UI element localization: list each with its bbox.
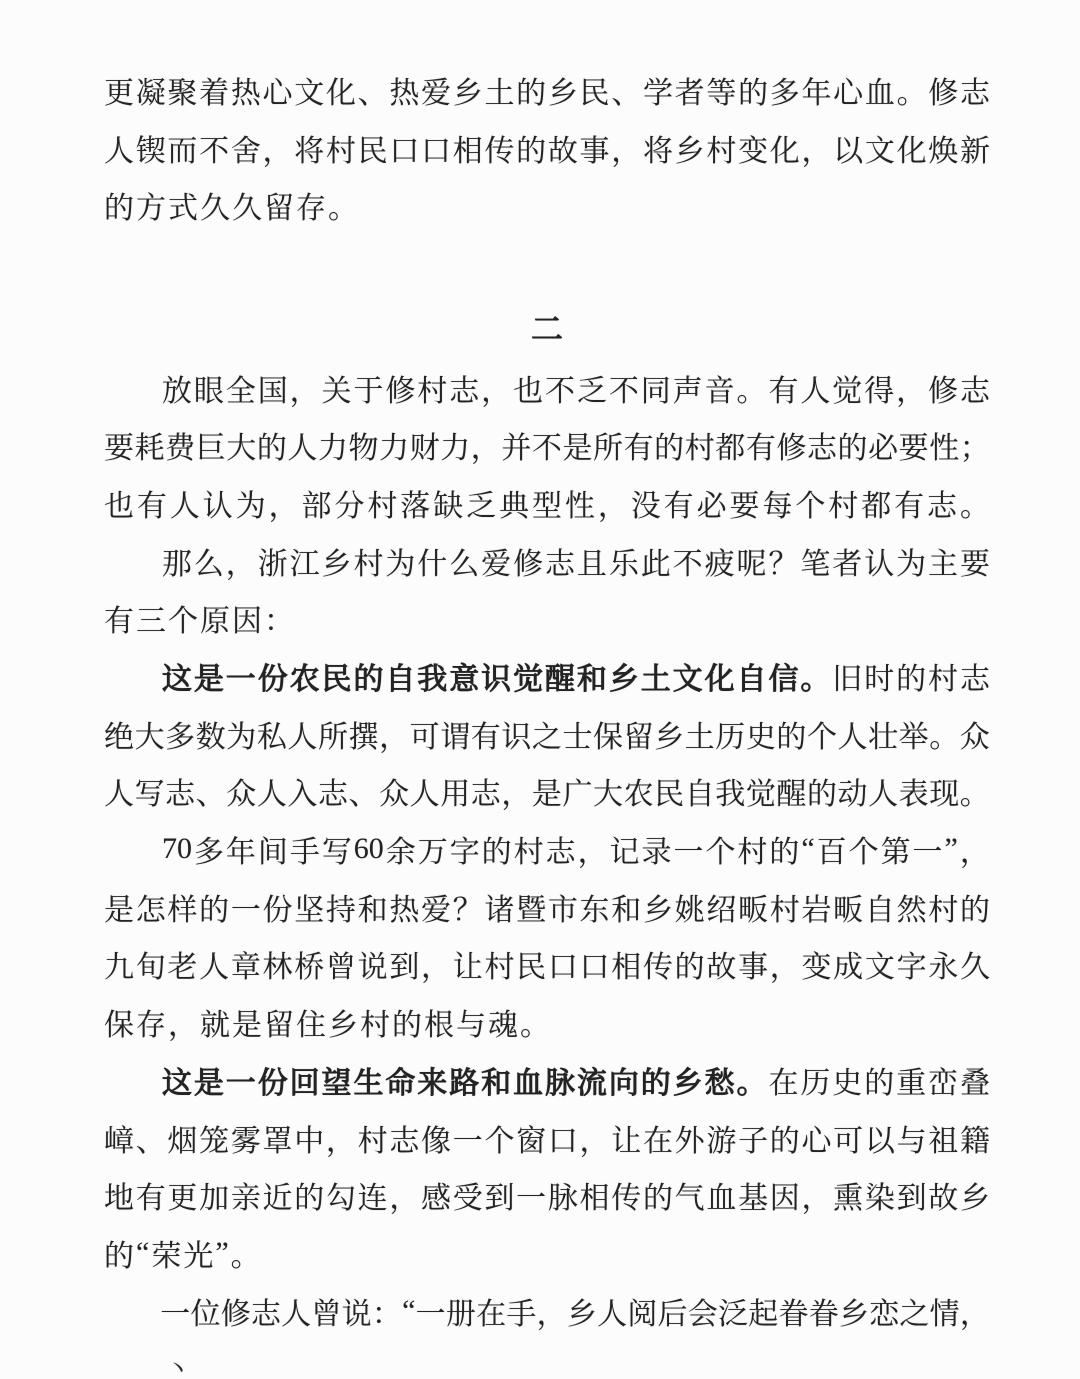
bold-text-token: 醒 (545, 654, 575, 698)
text-token: 的 (392, 1000, 422, 1044)
text-token: 聚 (167, 68, 197, 112)
text-token: 口 (548, 942, 578, 986)
first-line-indent (104, 560, 160, 561)
text-token: 是 (532, 769, 562, 813)
text-token: ？ (768, 539, 798, 583)
text-token: 市 (548, 885, 578, 929)
text-token: 起 (748, 1289, 778, 1333)
text-token: 修 (385, 366, 415, 410)
paragraph: 那么，浙江乡村为什么爱修志且乐此不疲呢？笔者认为主要有三个原因： (104, 532, 990, 647)
text-token: 修 (221, 1289, 251, 1333)
text-token: 乡 (654, 712, 684, 756)
text-token: 锲 (136, 126, 166, 170)
text-token: 气 (675, 1173, 705, 1217)
clipped-next-line-character-fragment: 丶 (166, 1358, 188, 1379)
text-token: 留 (264, 1000, 294, 1044)
text-token: 修 (513, 539, 543, 583)
text-token: 人 (800, 366, 830, 410)
text-token: 和 (358, 885, 388, 929)
text-token: 民 (358, 126, 388, 170)
text-token: 根 (424, 1000, 454, 1044)
text-token: 雾 (231, 1116, 261, 1160)
text-token: 化 (326, 68, 356, 112)
text-token: 主 (928, 539, 958, 583)
text-token: 入 (287, 769, 317, 813)
bold-text-token: 份 (258, 1058, 288, 1102)
text-token: 乡 (839, 1289, 869, 1333)
text-token: 故 (928, 1173, 958, 1217)
text-token: 财 (410, 423, 440, 467)
text-token: 眷 (809, 1289, 839, 1333)
text-line: 那么，浙江乡村为什么爱修志且乐此不疲呢？笔者认为主要 (104, 532, 990, 590)
text-token: 以 (833, 126, 863, 170)
text-token: 土 (484, 68, 514, 112)
text-token: 得 (864, 366, 894, 410)
text-line: 是怎样的一份坚持和热爱？诸暨市东和乡姚绍畈村岩畈自然村的 (104, 878, 990, 936)
text-line: 地有更加亲近的勾连，感受到一脉相传的气血基因，熏染到故乡 (104, 1166, 990, 1224)
text-token: 的 (516, 68, 546, 112)
text-token: 的 (257, 423, 287, 467)
text-token: 恋 (869, 1289, 899, 1333)
text-token: 学 (643, 68, 673, 112)
text-token: 多 (194, 827, 224, 871)
text-token: 也 (104, 481, 134, 525)
text-token: 间 (258, 827, 288, 871)
text-line: 放眼全国，关于修村志，也不乏不同声音。有人觉得，修志 (104, 359, 990, 417)
text-token: 60 (354, 832, 384, 866)
text-token: 一 (516, 1173, 546, 1217)
text-token: 性 (565, 481, 595, 525)
bold-text-token: 自 (737, 654, 767, 698)
text-token: 罩 (263, 1116, 293, 1160)
text-line: 要耗费巨大的人力物力财力，并不是所有的村都有修志的必要性； (104, 416, 990, 474)
text-token: 畈 (833, 885, 863, 929)
bold-text-token: 和 (481, 1058, 511, 1102)
text-token: 人 (868, 769, 898, 813)
paragraph-group-main: 放眼全国，关于修村志，也不乏不同声音。有人觉得，修志要耗费巨大的人力物力财力，并… (104, 359, 990, 1340)
bold-text-token: 和 (577, 654, 607, 698)
text-token: 为 (236, 481, 266, 525)
text-token: 荣 (151, 1231, 181, 1275)
text-token: 修 (776, 423, 806, 467)
text-token: 村 (326, 126, 356, 170)
text-token: 么 (194, 539, 224, 583)
text-token: 勾 (326, 1173, 356, 1217)
text-token: 村 (828, 481, 858, 525)
text-line: 也有人认为，部分村落缺乏典型性，没有必要每个村都有志。 (104, 474, 990, 532)
text-token: 绍 (706, 885, 736, 929)
text-token: 乐 (609, 539, 639, 583)
text-token: 撰 (349, 712, 379, 756)
bold-text-token: 觉 (513, 654, 543, 698)
text-token: 的 (896, 654, 926, 698)
text-token: 林 (263, 942, 293, 986)
text-token: 志 (471, 769, 501, 813)
text-token: 。 (929, 712, 959, 756)
text-token: 记 (610, 827, 640, 871)
text-line: 人写志、众人入志、众人用志，是广大农民自我觉醒的动人表现。 (104, 763, 990, 821)
text-token: 分 (334, 481, 364, 525)
text-token: 必 (697, 481, 727, 525)
text-token: 章 (231, 942, 261, 986)
text-token: 以 (865, 1116, 895, 1160)
text-token: 所 (593, 423, 623, 467)
text-token: “ (801, 832, 814, 866)
text-token: 认 (864, 539, 894, 583)
text-token: 手 (290, 827, 320, 871)
bold-text-token: 这 (162, 654, 192, 698)
text-token: 有 (768, 366, 798, 410)
text-token: 呢 (737, 539, 767, 583)
text-token: 旧 (832, 654, 862, 698)
text-token: 一 (416, 1289, 446, 1333)
text-line: 绝大多数为私人所撰，可谓有识之士保留乡土历史的个人壮举。众 (104, 705, 990, 763)
text-token: 村 (353, 539, 383, 583)
text-token: 志 (389, 1116, 419, 1160)
bold-text-token: 信 (768, 654, 798, 698)
text-token: 基 (738, 1173, 768, 1217)
text-token: 觉 (746, 769, 776, 813)
text-token: ， (960, 827, 990, 871)
text-token: 的 (770, 1116, 800, 1160)
text-token: “ (402, 1294, 415, 1328)
bold-text-token: 是 (194, 654, 224, 698)
text-token: ， (770, 942, 800, 986)
text-token: ， (896, 366, 926, 410)
bold-text-token: 识 (481, 654, 511, 698)
text-token: 存 (296, 183, 326, 227)
text-token: 要 (104, 423, 134, 467)
text-token: 不 (673, 539, 703, 583)
text-token: 久 (960, 942, 990, 986)
text-token: 志 (546, 827, 576, 871)
text-token: 乡 (675, 126, 705, 170)
text-token: ， (960, 1289, 990, 1333)
text-token: 眼 (194, 366, 224, 410)
text-token: 村 (358, 1116, 388, 1160)
bold-text-token: 化 (705, 654, 735, 698)
text-token: 受 (453, 1173, 483, 1217)
text-token: 眷 (778, 1289, 808, 1333)
text-token: 私 (257, 712, 287, 756)
text-token: 众 (960, 712, 990, 756)
text-token: 也 (513, 366, 543, 410)
text-token: 志 (318, 769, 348, 813)
text-token: 一 (453, 1116, 483, 1160)
text-token: 为 (385, 539, 415, 583)
text-token: 醒 (776, 769, 806, 813)
text-token: 加 (199, 1173, 229, 1217)
text-token: 在 (768, 1058, 798, 1102)
text-token: 有 (104, 596, 134, 640)
text-token: ， (168, 1000, 198, 1044)
text-token: 和 (611, 885, 641, 929)
text-token: 有 (894, 481, 924, 525)
text-token: 游 (706, 1116, 736, 1160)
text-token: 的 (104, 1231, 134, 1275)
text-token: 民 (654, 769, 684, 813)
text-token: 疲 (705, 539, 735, 583)
text-token: 村 (484, 942, 514, 986)
text-token: 一 (673, 827, 703, 871)
text-token: 乡 (453, 68, 483, 112)
bold-text-token: 民 (322, 654, 352, 698)
text-token: 传 (611, 1173, 641, 1217)
paragraph-group-top: 更凝聚着热心文化、热爱乡土的乡民、学者等的多年心血。修志人锲而不舍，将村民口口相… (104, 61, 990, 234)
bold-text-token: 一 (226, 1058, 256, 1102)
text-token: 可 (833, 1116, 863, 1160)
text-token: 土 (685, 712, 715, 756)
text-token: 人 (287, 423, 317, 467)
text-token: 的 (776, 712, 806, 756)
text-token: 方 (136, 183, 166, 227)
text-token: 要 (730, 481, 760, 525)
text-token: ， (611, 126, 641, 170)
text-token: 曾 (311, 1289, 341, 1333)
text-token: 心 (833, 68, 863, 112)
text-token: 我 (715, 769, 745, 813)
text-token: 乏 (466, 481, 496, 525)
text-token: 一 (231, 885, 261, 929)
text-token: 志 (927, 481, 957, 525)
text-token: 乡 (328, 1000, 358, 1044)
text-token: 为 (896, 539, 926, 583)
text-token: 、 (136, 1116, 166, 1160)
text-token: 与 (456, 1000, 486, 1044)
text-token: ， (501, 769, 531, 813)
text-token: 笔 (800, 539, 830, 583)
text-token: 留 (264, 183, 294, 227)
text-token: 的 (482, 827, 512, 871)
text-token: 到 (484, 1173, 514, 1217)
text-token: 志 (960, 654, 990, 698)
bold-text-token: 一 (226, 654, 256, 698)
first-line-indent (104, 849, 160, 850)
text-token: 祖 (928, 1116, 958, 1160)
text-token: 传 (484, 126, 514, 170)
text-token: ， (598, 481, 628, 525)
article-body: 更凝聚着热心文化、热爱乡土的乡民、学者等的多年心血。修志人锲而不舍，将村民口口相… (0, 0, 1080, 1379)
text-token: 变 (801, 942, 831, 986)
text-token: ， (801, 126, 831, 170)
text-token: 地 (104, 1173, 134, 1217)
text-token: 的 (294, 1173, 324, 1217)
text-token: 熏 (833, 1173, 863, 1217)
text-token: 染 (865, 1173, 895, 1217)
bold-text-token: 乡 (673, 1058, 703, 1102)
text-token: 因 (232, 596, 262, 640)
text-token: 认 (203, 481, 233, 525)
text-token: 是 (232, 1000, 262, 1044)
text-token: 历 (715, 712, 745, 756)
text-token: 于 (353, 366, 383, 410)
text-token: 的 (643, 1173, 673, 1217)
text-token: ， (269, 481, 299, 525)
text-token: 有 (471, 712, 501, 756)
text-token: ， (290, 366, 320, 410)
text-token: ， (421, 942, 451, 986)
text-token: 年 (801, 68, 831, 112)
text-token: 志 (251, 1289, 281, 1333)
text-token: 样 (167, 885, 197, 929)
text-token: 录 (642, 827, 672, 871)
text-token: 不 (545, 366, 575, 410)
text-token: 数 (196, 712, 226, 756)
text-token: ， (326, 1116, 356, 1160)
text-token: 力 (379, 423, 409, 467)
text-token: 大 (135, 712, 165, 756)
text-token: 国 (258, 366, 288, 410)
text-token: 旬 (136, 942, 166, 986)
text-token: 众 (379, 769, 409, 813)
text-token: 都 (861, 481, 891, 525)
text-token: 个 (849, 827, 879, 871)
text-token: 变 (738, 126, 768, 170)
text-token: 个 (168, 596, 198, 640)
text-token: ： (372, 1289, 402, 1333)
text-token: 叠 (960, 1058, 990, 1102)
text-token: 农 (624, 769, 654, 813)
text-token: 事 (580, 126, 610, 170)
text-token: 热 (231, 68, 261, 112)
text-token: 可 (410, 712, 440, 756)
text-token: 更 (104, 68, 134, 112)
text-token: 中 (294, 1116, 324, 1160)
text-token: 巨 (196, 423, 226, 467)
text-token: ， (578, 827, 608, 871)
text-line: 这是一份回望生命来路和血脉流向的乡愁。在历史的重峦叠 (104, 1051, 990, 1109)
text-token: 到 (897, 1173, 927, 1217)
text-token: 将 (294, 126, 324, 170)
text-token: 舍 (231, 126, 261, 170)
text-token: 所 (318, 712, 348, 756)
text-token: 姚 (675, 885, 705, 929)
text-token: 都 (715, 423, 745, 467)
text-token: 自 (865, 885, 895, 929)
text-token: 文 (294, 68, 324, 112)
bold-text-token: 农 (290, 654, 320, 698)
text-token: 写 (322, 827, 352, 871)
text-token: 嶂 (104, 1116, 134, 1160)
text-line: 嶂、烟笼雾罩中，村志像一个窗口，让在外游子的心可以与祖籍 (104, 1109, 990, 1167)
text-token: 绝 (104, 712, 134, 756)
text-token: 自 (685, 769, 715, 813)
text-token: 住 (296, 1000, 326, 1044)
text-token: 。 (328, 183, 358, 227)
text-token: 热 (389, 885, 419, 929)
first-line-indent (104, 1310, 160, 1311)
text-token: 久 (200, 183, 230, 227)
text-token: 故 (706, 942, 736, 986)
text-token: 三 (136, 596, 166, 640)
text-token: 将 (643, 126, 673, 170)
text-token: ， (537, 1289, 567, 1333)
text-token: 力 (318, 423, 348, 467)
text-token: ； (960, 423, 990, 467)
text-token: 且 (577, 539, 607, 583)
text-token: 有 (664, 481, 694, 525)
bold-text-token: 流 (577, 1058, 607, 1102)
bold-text-token: 。 (737, 1058, 767, 1102)
text-token: 乡 (643, 885, 673, 929)
text-line: 的方式久久留存。 (104, 176, 990, 234)
text-token: 笼 (199, 1116, 229, 1160)
text-token: 人 (838, 712, 868, 756)
text-token: 那 (162, 539, 192, 583)
text-token: 相 (580, 1173, 610, 1217)
text-token: 之 (899, 1289, 929, 1333)
paragraph: 放眼全国，关于修村志，也不乏不同声音。有人觉得，修志要耗费巨大的人力物力财力，并… (104, 359, 990, 532)
text-token: 村 (928, 654, 958, 698)
text-token: 是 (104, 885, 134, 929)
text-token: 事 (738, 942, 768, 986)
text-token: 连 (358, 1173, 388, 1217)
text-token: ， (580, 1116, 610, 1160)
text-token: 成 (833, 942, 863, 986)
text-token: 爱 (421, 885, 451, 929)
text-token: 化 (897, 126, 927, 170)
text-token: 老 (167, 942, 197, 986)
text-token: 要 (960, 539, 990, 583)
text-token: 个 (484, 1116, 514, 1160)
text-token: 修 (928, 366, 958, 410)
section-heading: 二 (104, 301, 990, 359)
text-line: 更凝聚着热心文化、热爱乡土的乡民、学者等的多年心血。修志 (104, 61, 990, 119)
bold-text-token: 血 (513, 1058, 543, 1102)
bold-text-token: 来 (417, 1058, 447, 1102)
text-token: 放 (162, 366, 192, 410)
text-token: 性 (929, 423, 959, 467)
text-token: 史 (746, 712, 776, 756)
text-token: 在 (476, 1289, 506, 1333)
text-token: 坚 (294, 885, 324, 929)
text-token: 故 (548, 126, 578, 170)
text-token: 万 (418, 827, 448, 871)
text-token: 说 (342, 1289, 372, 1333)
text-token: 会 (688, 1289, 718, 1333)
text-token: 化 (770, 126, 800, 170)
text-token: 有 (746, 423, 776, 467)
text-token: 位 (190, 1289, 220, 1333)
text-token: ， (471, 423, 501, 467)
text-token: 者 (675, 68, 705, 112)
text-token: 的 (807, 769, 837, 813)
text-token: 岩 (801, 885, 831, 929)
text-token: 热 (389, 68, 419, 112)
text-token: 村 (514, 827, 544, 871)
text-token: 然 (897, 885, 927, 929)
text-token: 有 (624, 423, 654, 467)
text-token: 手 (506, 1289, 536, 1333)
text-token: 的 (838, 423, 868, 467)
bold-text-token: 这 (162, 1058, 192, 1102)
text-token: 人 (410, 769, 440, 813)
text-token: 后 (658, 1289, 688, 1333)
text-token: 村 (928, 885, 958, 929)
text-token: 重 (896, 1058, 926, 1102)
text-token: 永 (928, 942, 958, 986)
text-line: 这是一份农民的自我意识觉醒和乡土文化自信。旧时的村志 (104, 647, 990, 705)
text-token: “ (136, 1236, 149, 1270)
paragraph: 更凝聚着热心文化、热爱乡土的乡民、学者等的多年心血。修志人锲而不舍，将村民口口相… (104, 61, 990, 234)
bold-text-token: 文 (673, 654, 703, 698)
text-token: 等 (706, 68, 736, 112)
text-token: 是 (562, 423, 592, 467)
text-token: 民 (516, 942, 546, 986)
text-token: 之 (532, 712, 562, 756)
text-token: 村 (367, 481, 397, 525)
bold-text-token: 命 (385, 1058, 415, 1102)
